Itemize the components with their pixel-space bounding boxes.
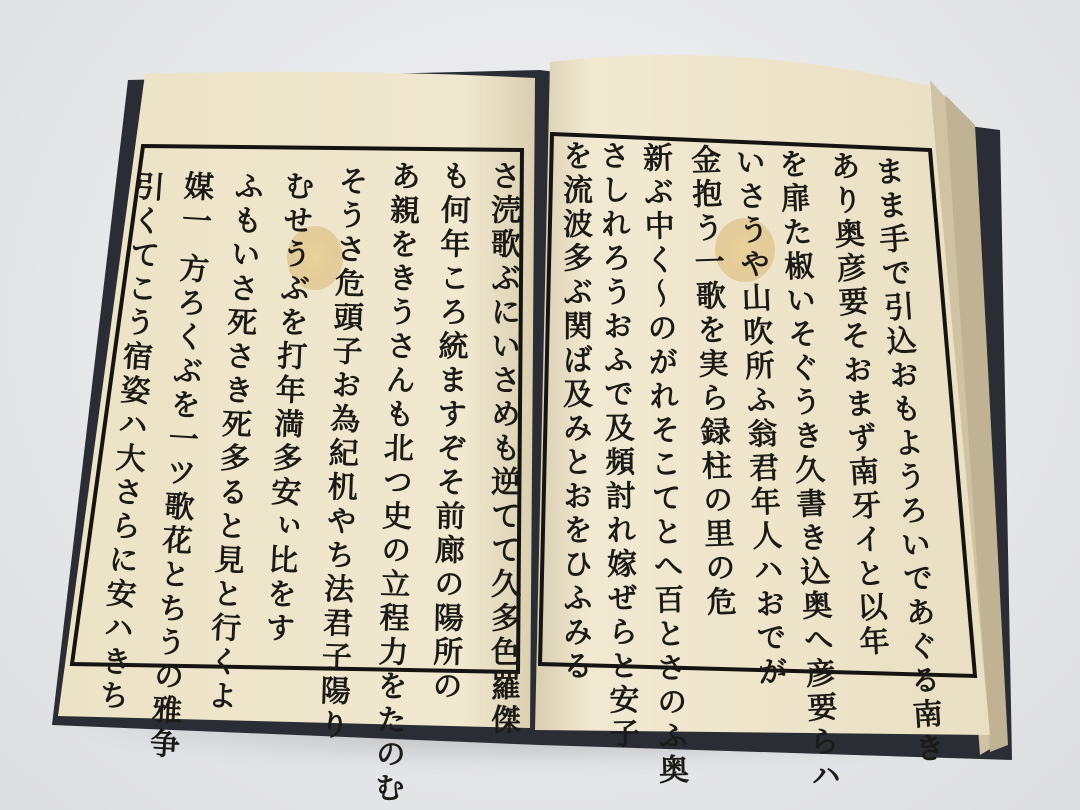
text-column: を流波多ぶ関ば及みとおをひふみる: [556, 140, 592, 684]
text-column: さ涜歌ぶにいさめも逆てて久多色羅傑: [484, 160, 520, 738]
